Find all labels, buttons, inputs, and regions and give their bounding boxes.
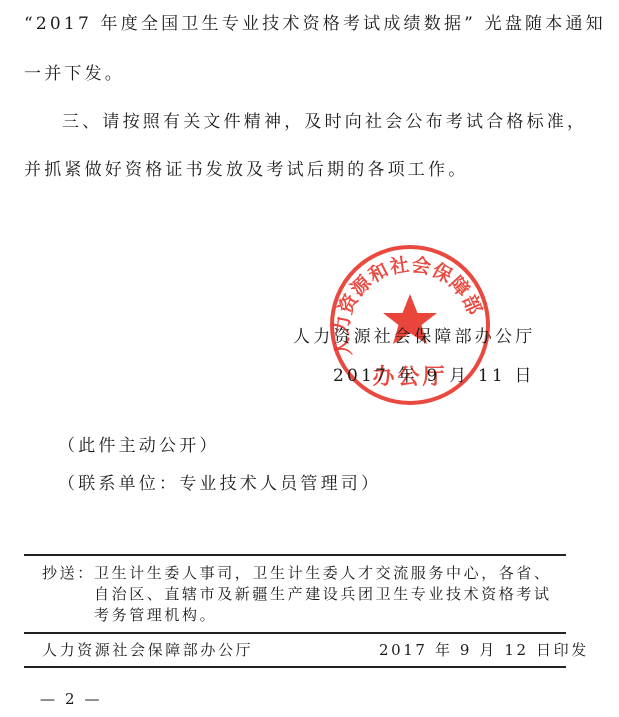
body-paragraph-1-line-2: 一并下发。 bbox=[24, 64, 125, 84]
page-number: — 2 — bbox=[40, 689, 102, 709]
cc-label: 抄送： bbox=[42, 563, 95, 583]
cc-line-2: 自治区、直辖市及新疆生产建设兵团卫生专业技术资格考试 bbox=[94, 584, 552, 604]
signature-issuer: 人力资源社会保障部办公厅 bbox=[293, 327, 535, 347]
cc-line-3: 考务管理机构。 bbox=[94, 605, 217, 625]
footer-issuer: 人力资源社会保障部办公厅 bbox=[42, 640, 253, 660]
signature-date: 2017 年 9 月 11 日 bbox=[333, 366, 535, 386]
divider-bottom bbox=[24, 666, 566, 668]
body-paragraph-2-line-2: 并抓紧做好资格证书发放及考试后期的各项工作。 bbox=[24, 160, 468, 180]
footer-print-date: 2017 年 9 月 12 日印发 bbox=[379, 640, 589, 660]
contact-note: （联系单位：专业技术人员管理司） bbox=[58, 474, 381, 494]
disclosure-note: （此件主动公开） bbox=[58, 436, 220, 456]
body-paragraph-1-line-1: “2017 年度全国卫生专业技术资格考试成绩数据” 光盘随本通知 bbox=[24, 14, 606, 34]
divider-top bbox=[24, 554, 566, 556]
body-paragraph-2-line-1: 三、请按照有关文件精神，及时向社会公布考试合格标准， bbox=[62, 112, 587, 132]
divider-middle bbox=[24, 632, 566, 634]
cc-line-1: 卫生计生委人事司，卫生计生委人才交流服务中心，各省、 bbox=[94, 563, 552, 583]
